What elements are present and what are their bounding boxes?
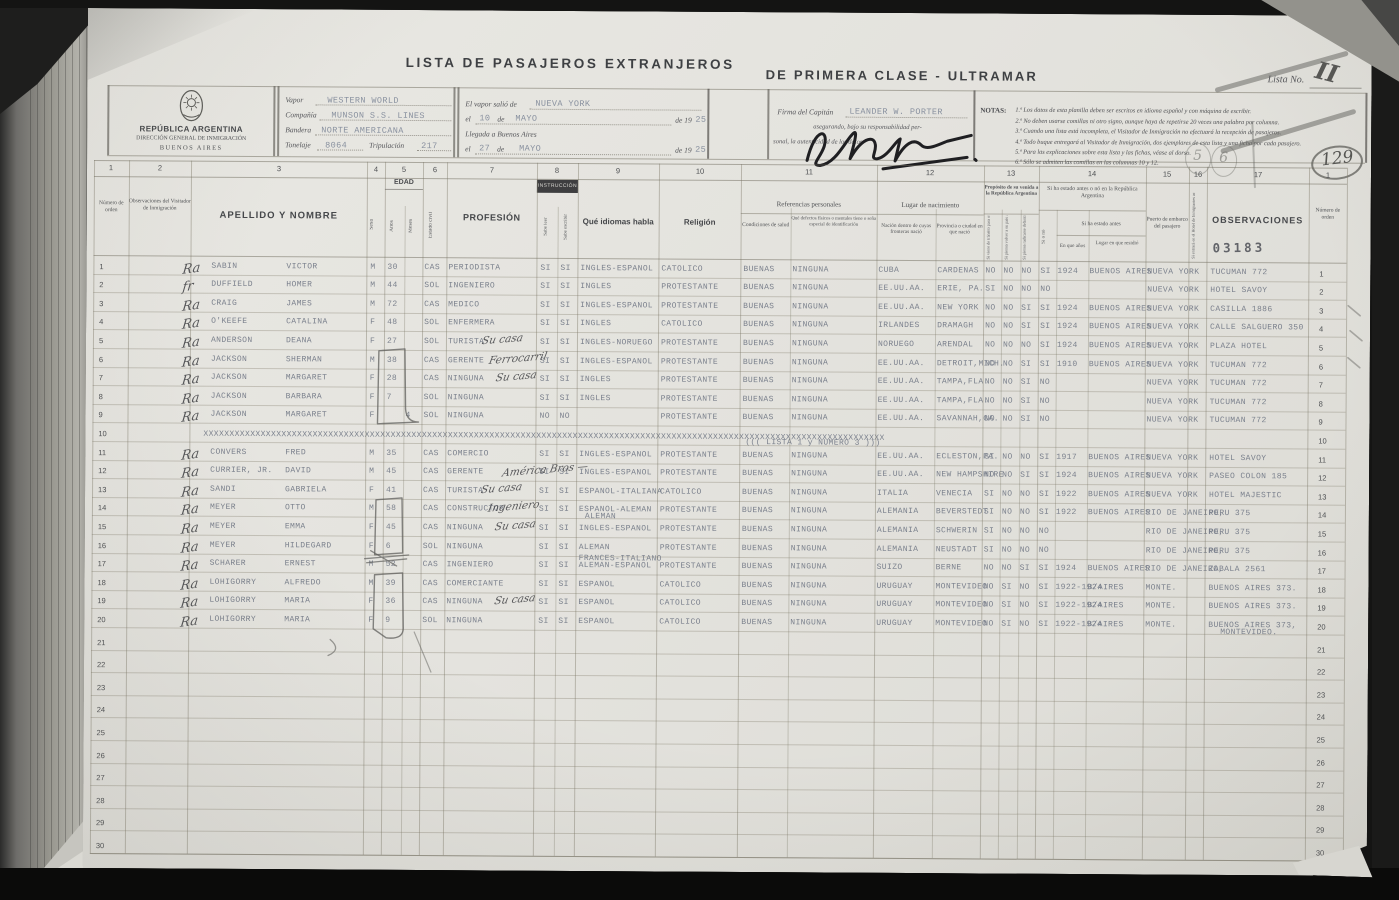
top-gap [0,0,1399,8]
scanned-passenger-list: LISTA DE PASAJEROS EXTRANJEROS DE PRIMER… [0,0,1399,900]
pencil-annotations [83,8,1372,876]
right-gap [1372,0,1399,870]
book-page-stack [30,0,92,870]
page: LISTA DE PASAJEROS EXTRANJEROS DE PRIMER… [83,8,1372,876]
